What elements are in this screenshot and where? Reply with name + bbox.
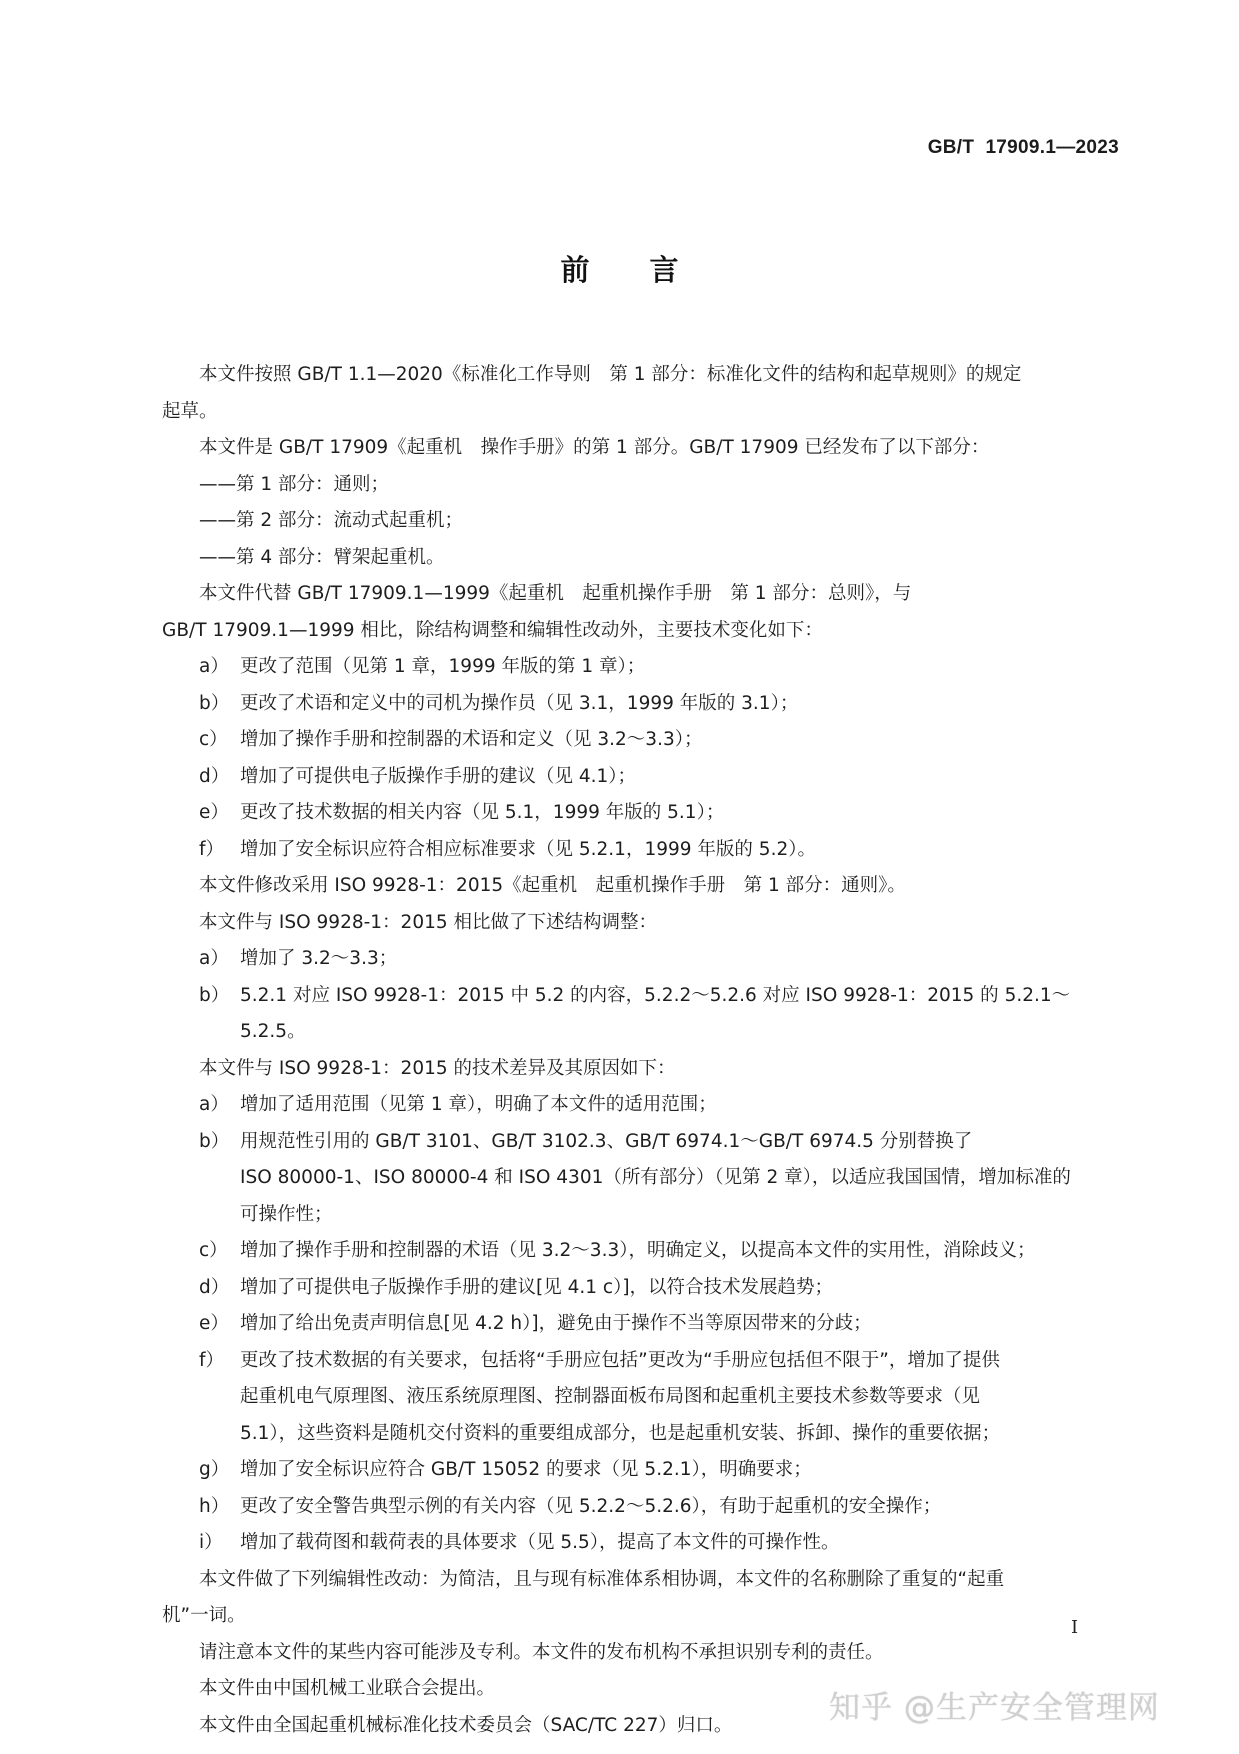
tech-diff-item: h）更改了安全警告典型示例的有关内容（见 5.2.2～5.2.6），有助于起重机… xyxy=(162,1489,1122,1526)
item-label: b） xyxy=(199,686,240,723)
standard-code: GB/T 17909.1—2023 xyxy=(928,137,1119,159)
item-text: 增加了操作手册和控制器的术语（见 3.2～3.3），明确定义，以提高本文件的实用… xyxy=(240,1240,1035,1261)
item-label: b） xyxy=(199,1124,240,1161)
paragraph-structural-changes: 本文件与 ISO 9928-1：2015 相比做了下述结构调整： xyxy=(162,905,1122,942)
item-text: 更改了范围（见第 1 章，1999 年版的第 1 章）； xyxy=(240,656,645,677)
item-text: 增加了给出免责声明信息[见 4.2 h）]，避免由于操作不当等原因带来的分歧； xyxy=(240,1313,872,1334)
item-continuation: 5.1），这些资料是随机交付资料的重要组成部分，也是起重机安装、拆卸、操作的重要… xyxy=(162,1416,1122,1453)
watermark: 知乎 @生产安全管理网 xyxy=(829,1682,1160,1727)
item-label: d） xyxy=(199,759,240,796)
item-text: 5.2.1 对应 ISO 9928-1：2015 中 5.2 的内容，5.2.2… xyxy=(240,985,1070,1006)
item-label: i） xyxy=(199,1525,240,1562)
item-text: 增加了适用范围（见第 1 章），明确了本文件的适用范围； xyxy=(240,1094,717,1115)
item-text: 增加了操作手册和控制器的术语和定义（见 3.2～3.3）； xyxy=(240,729,702,750)
item-text: 增加了可提供电子版操作手册的建议（见 4.1）； xyxy=(240,766,636,787)
item-label: e） xyxy=(199,795,240,832)
struct-change-item: b）5.2.1 对应 ISO 9928-1：2015 中 5.2 的内容，5.2… xyxy=(162,978,1122,1015)
item-text: 更改了技术数据的有关要求，包括将“手册应包括”更改为“手册应包括但不限于”，增加… xyxy=(240,1350,1000,1371)
document-page: GB/T 17909.1—2023 前言 本文件按照 GB/T 1.1—2020… xyxy=(0,0,1239,1754)
item-label: a） xyxy=(199,941,240,978)
item-continuation: 5.2.5。 xyxy=(162,1014,1122,1051)
tech-diff-item: d）增加了可提供电子版操作手册的建议[见 4.1 c）]，以符合技术发展趋势； xyxy=(162,1270,1122,1307)
foreword-body: 本文件按照 GB/T 1.1—2020《标准化工作导则 第 1 部分：标准化文件… xyxy=(162,357,1122,1744)
item-label: f） xyxy=(199,832,240,869)
paragraph-drafting-rules-line-1: 本文件按照 GB/T 1.1—2020《标准化工作导则 第 1 部分：标准化文件… xyxy=(162,357,1122,394)
part-list-item: ——第 4 部分：臂架起重机。 xyxy=(162,540,1122,577)
item-text: 增加了安全标识应符合 GB/T 15052 的要求（见 5.2.1），明确要求； xyxy=(240,1459,812,1480)
tech-diff-item: g）增加了安全标识应符合 GB/T 15052 的要求（见 5.2.1），明确要… xyxy=(162,1452,1122,1489)
paragraph-modified-adoption: 本文件修改采用 ISO 9928-1：2015《起重机 起重机操作手册 第 1 … xyxy=(162,868,1122,905)
item-label: b） xyxy=(199,978,240,1015)
part-list-item: ——第 1 部分：通则； xyxy=(162,467,1122,504)
item-continuation: 起重机电气原理图、液压系统原理图、控制器面板布局图和起重机主要技术参数等要求（见 xyxy=(162,1379,1122,1416)
item-label: e） xyxy=(199,1306,240,1343)
struct-change-item: a）增加了 3.2～3.3； xyxy=(162,941,1122,978)
item-label: a） xyxy=(199,1087,240,1124)
tech-diff-item: a）增加了适用范围（见第 1 章），明确了本文件的适用范围； xyxy=(162,1087,1122,1124)
paragraph-series-parts: 本文件是 GB/T 17909《起重机 操作手册》的第 1 部分。GB/T 17… xyxy=(162,430,1122,467)
paragraph-replaces-line-1: 本文件代替 GB/T 17909.1—1999《起重机 起重机操作手册 第 1 … xyxy=(162,576,1122,613)
item-text: 增加了可提供电子版操作手册的建议[见 4.1 c）]，以符合技术发展趋势； xyxy=(240,1277,833,1298)
item-text: 更改了技术数据的相关内容（见 5.1，1999 年版的 5.1）； xyxy=(240,802,724,823)
item-label: a） xyxy=(199,649,240,686)
item-text: 增加了安全标识应符合相应标准要求（见 5.2.1，1999 年版的 5.2）。 xyxy=(240,839,816,860)
item-label: g） xyxy=(199,1452,240,1489)
paragraph-patent-notice: 请注意本文件的某些内容可能涉及专利。本文件的发布机构不承担识别专利的责任。 xyxy=(162,1635,1122,1672)
item-label: c） xyxy=(199,722,240,759)
paragraph-editorial-changes-line-1: 本文件做了下列编辑性改动：为简洁，且与现有标准体系相协调，本文件的名称删除了重复… xyxy=(162,1562,1122,1599)
item-text: 增加了 3.2～3.3； xyxy=(240,948,397,969)
item-text: 更改了安全警告典型示例的有关内容（见 5.2.2～5.2.6），有助于起重机的安… xyxy=(240,1496,941,1517)
page-title: 前言 xyxy=(0,248,1239,289)
page-number: I xyxy=(1071,1617,1078,1638)
item-label: h） xyxy=(199,1489,240,1526)
item-text: 增加了载荷图和载荷表的具体要求（见 5.5），提高了本文件的可操作性。 xyxy=(240,1532,840,1553)
tech-change-item: e）更改了技术数据的相关内容（见 5.1，1999 年版的 5.1）； xyxy=(162,795,1122,832)
tech-change-item: b）更改了术语和定义中的司机为操作员（见 3.1，1999 年版的 3.1）； xyxy=(162,686,1122,723)
paragraph-drafting-rules-line-2: 起草。 xyxy=(162,394,1122,431)
tech-diff-item: c）增加了操作手册和控制器的术语（见 3.2～3.3），明确定义，以提高本文件的… xyxy=(162,1233,1122,1270)
item-continuation: 可操作性； xyxy=(162,1197,1122,1234)
tech-diff-item: b）用规范性引用的 GB/T 3101、GB/T 3102.3、GB/T 697… xyxy=(162,1124,1122,1161)
item-label: c） xyxy=(199,1233,240,1270)
item-text: 更改了术语和定义中的司机为操作员（见 3.1，1999 年版的 3.1）； xyxy=(240,693,798,714)
item-label: f） xyxy=(199,1343,240,1380)
paragraph-replaces-line-2: GB/T 17909.1—1999 相比，除结构调整和编辑性改动外，主要技术变化… xyxy=(162,613,1122,650)
tech-change-item: f）增加了安全标识应符合相应标准要求（见 5.2.1，1999 年版的 5.2）… xyxy=(162,832,1122,869)
item-label: d） xyxy=(199,1270,240,1307)
part-list-item: ——第 2 部分：流动式起重机； xyxy=(162,503,1122,540)
tech-diff-item: e）增加了给出免责声明信息[见 4.2 h）]，避免由于操作不当等原因带来的分歧… xyxy=(162,1306,1122,1343)
item-text: 用规范性引用的 GB/T 3101、GB/T 3102.3、GB/T 6974.… xyxy=(240,1131,972,1152)
tech-diff-item: f）更改了技术数据的有关要求，包括将“手册应包括”更改为“手册应包括但不限于”，… xyxy=(162,1343,1122,1380)
paragraph-technical-differences: 本文件与 ISO 9928-1：2015 的技术差异及其原因如下： xyxy=(162,1051,1122,1088)
tech-diff-item: i）增加了载荷图和载荷表的具体要求（见 5.5），提高了本文件的可操作性。 xyxy=(162,1525,1122,1562)
paragraph-editorial-changes-line-2: 机”一词。 xyxy=(162,1598,1122,1635)
tech-change-item: a）更改了范围（见第 1 章，1999 年版的第 1 章）； xyxy=(162,649,1122,686)
tech-change-item: d）增加了可提供电子版操作手册的建议（见 4.1）； xyxy=(162,759,1122,796)
tech-change-item: c）增加了操作手册和控制器的术语和定义（见 3.2～3.3）； xyxy=(162,722,1122,759)
item-continuation: ISO 80000-1、ISO 80000-4 和 ISO 4301（所有部分）… xyxy=(162,1160,1122,1197)
